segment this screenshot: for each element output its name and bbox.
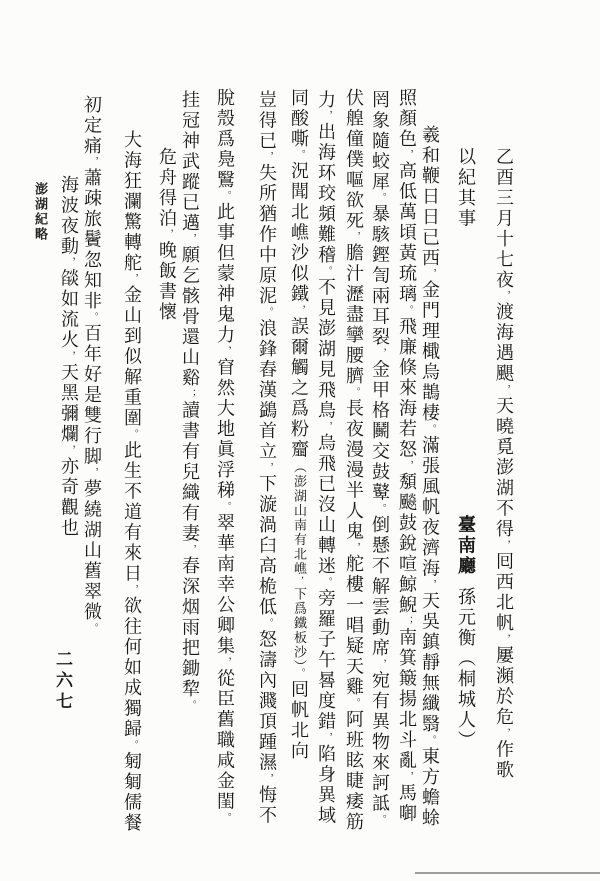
text-column-title-3: 危舟得泊，晚飯書懷 [157, 147, 177, 323]
text-column-poem-4: 伏艎僮僕嘔欲死，膽汁瀝盡攣腰臍。長夜漫漫半人鬼，舵樓一唱疑天雞。阿班眩睫痿筋 [344, 88, 364, 833]
scanned-book-page: { "document": { "side_label": "澎湖紀略", "p… [0, 0, 600, 881]
text-column-poem-10: 大海狂瀾驚轉舵，金山到似解重圍。此生不道有來日，欲往何如成獨歸。匑匔儒餐 [122, 130, 142, 834]
page-background: 乙酉三月十七夜，渡海遇颶，天曉覓澎湖不得，囘西北帆，屢瀕於危，作歌 以紀其事 臺… [0, 0, 600, 881]
text-column-author: 孫元衡（桐城人） [456, 587, 476, 751]
text-column-poem-7: 豈得已，失所猶作中原泥。浪鋒舂漢鷁首立，下漩渦臼高桅低。怒濤內濺頂踵濕，悔不 [257, 90, 277, 826]
page-number: 二六七 [50, 650, 75, 713]
text-column-poem-6: 同酸嘶。況聞北嶕沙似鐵，誤爾觸之爲粉齏（澎湖山南有北嶕，下爲鐵板沙）。囘帆北向 [289, 88, 309, 762]
text-column-poem-11: 初定痛，蕭疎旅鬢忽知非。百年好是雙行脚，夢繞湖山舊翠微。 [82, 95, 102, 635]
text-column-poem-5: 力，出海环珓頻難稽。不見澎湖見飛鳥，烏飛已沒山轉迷。旁羅子午晷度錯，陷身異域 [316, 90, 336, 826]
text-column-office: 臺南廳 [456, 515, 476, 577]
book-title-side-label: 澎湖紀略 [31, 182, 50, 242]
text-column-poem-1: 羲和鞭日日已西，金門理檝烏鵲棲。滿張風帆夜濟海，天吳鎮靜無纖翳。東方蟾蜍 [420, 125, 440, 829]
text-column-title-1: 乙酉三月十七夜，渡海遇颶，天曉覓澎湖不得，囘西北帆，屢瀕於危，作歌 [494, 147, 514, 780]
text-column-note: 海波夜動，燄如流火，天黑彌爛，亦奇觀也 [59, 175, 79, 539]
text-column-poem-3: 罔象隨蛟犀。暴駭鏗訇兩耳裂，金甲格鬭交鼓鼙。倒懸不解雲動席，宛有異物來訶詆。 [370, 90, 390, 826]
text-column-title-2: 以紀其事 [456, 147, 476, 229]
text-column-poem-2: 照顏色，高低萬頃黃琉璃。飛廉倏來海若怒，頺飈鼓銳喧鯨鯢；南箕簸揚北斗亂，馬啣 [397, 88, 417, 824]
text-column-poem-8: 脫殼爲鳧鷖。此事但蒙神鬼力，窅然大地眞浮稊。翠華南幸公卿集，從臣舊職咸金閨。 [215, 88, 235, 824]
text-column-poem-9: 挂冠神武蹤已邁，願乞骸骨還山谿；讀書有兒織有妻，春深烟雨把鋤犂。 [180, 90, 200, 712]
page-edge-shadow [415, 872, 600, 874]
